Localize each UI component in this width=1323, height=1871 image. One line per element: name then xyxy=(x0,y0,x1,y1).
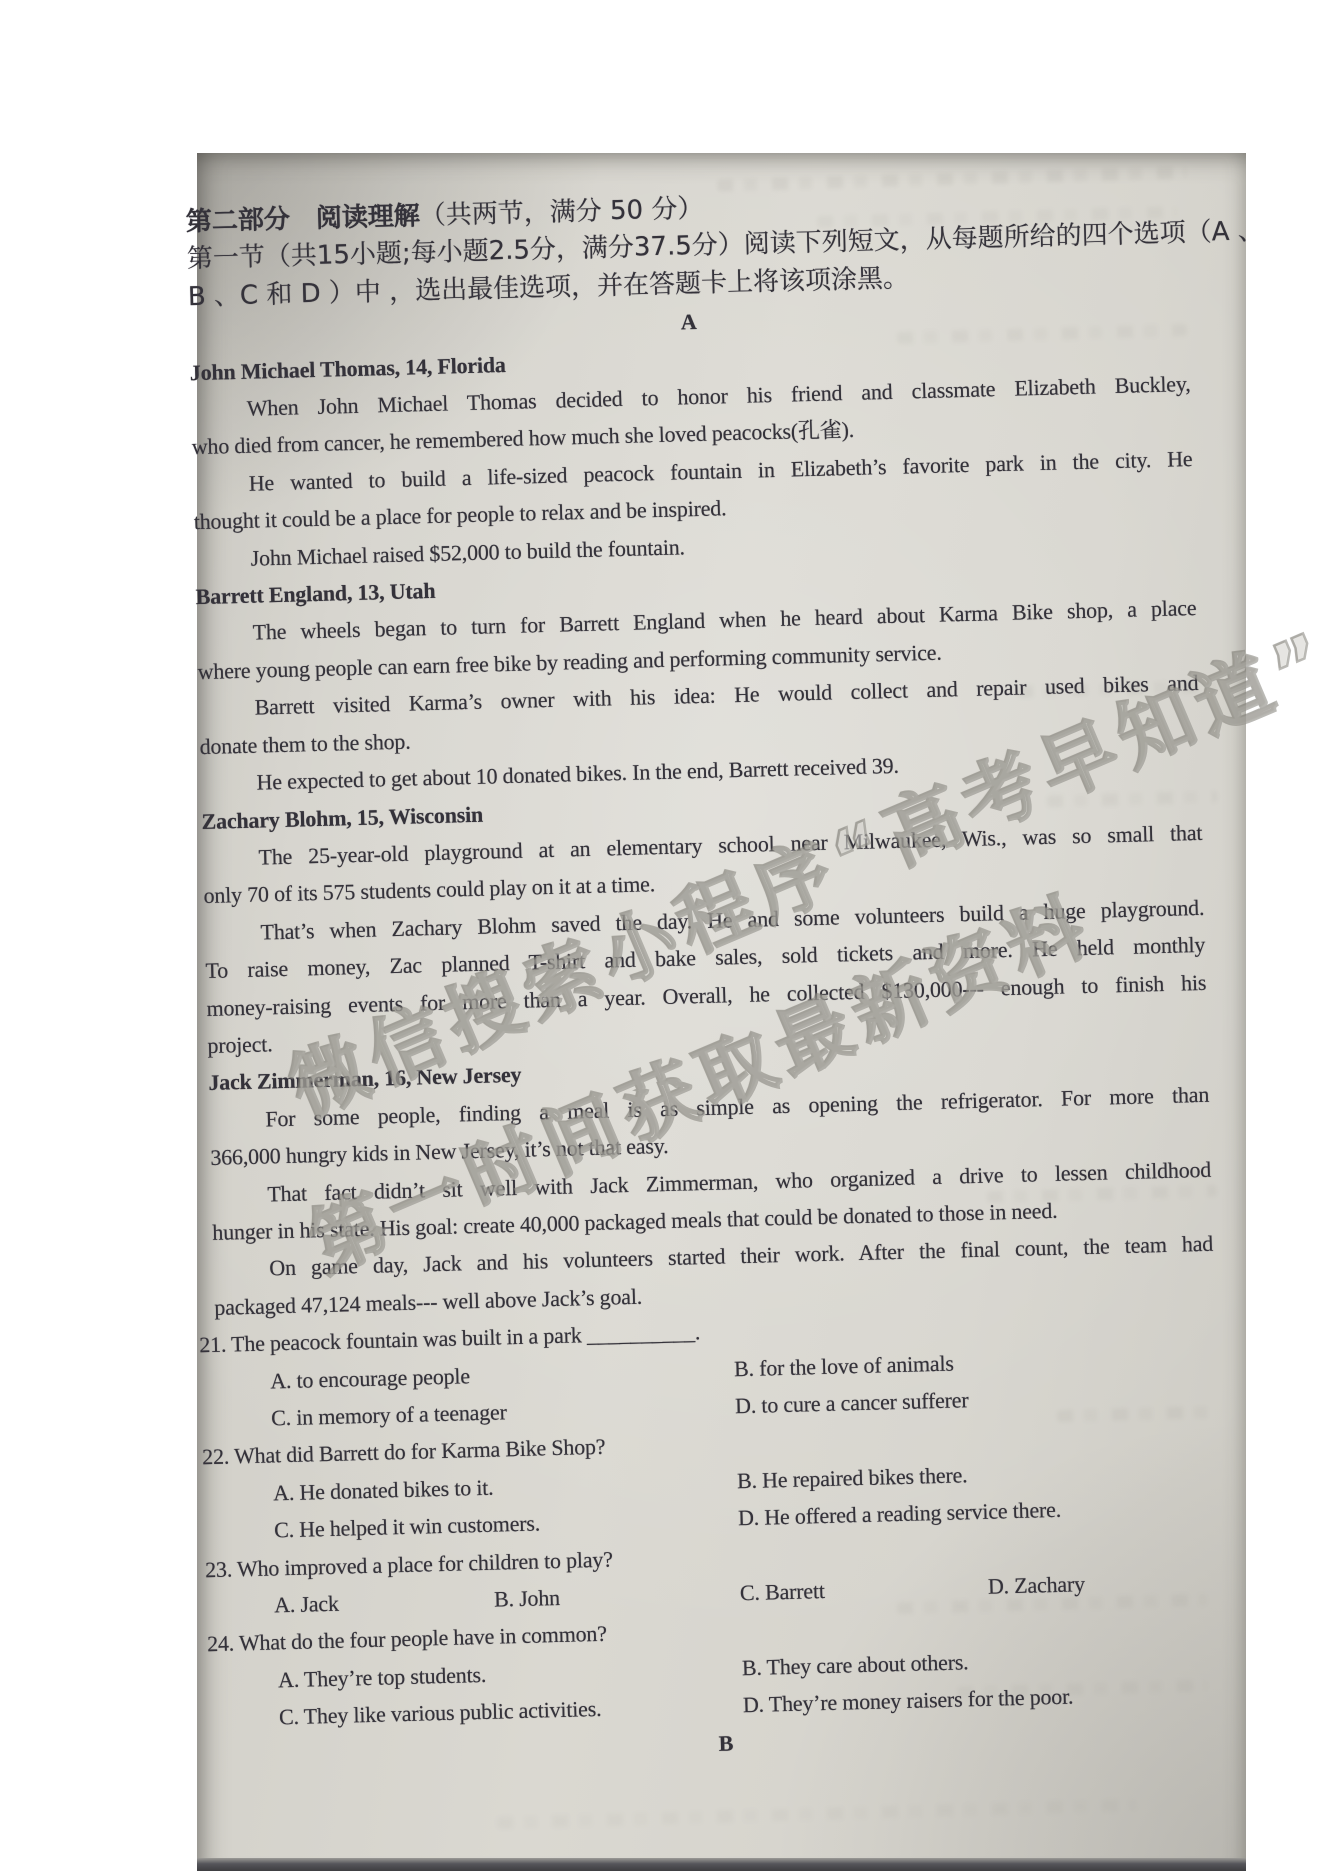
option-23-a: A. Jack xyxy=(274,1581,495,1624)
exam-paper-photo: 第二部分 阅读理解（共两节，满分 50 分） 第一节（共15小题;每小题2.5分… xyxy=(197,153,1246,1871)
printed-text: 第二部分 阅读理解（共两节，满分 50 分） 第一节（共15小题;每小题2.5分… xyxy=(185,178,1226,1775)
option-23-c: C. Barrett xyxy=(739,1568,988,1612)
section-heading-rest: （共两节，满分 50 分） xyxy=(419,194,703,231)
section-heading-bold: 第二部分 阅读理解 xyxy=(186,201,421,237)
option-23-d: D. Zachary xyxy=(987,1562,1222,1606)
option-23-b: B. John xyxy=(494,1574,741,1618)
bleed-through-texture xyxy=(497,1799,1137,1829)
photo-bottom-edge xyxy=(197,1858,1246,1871)
